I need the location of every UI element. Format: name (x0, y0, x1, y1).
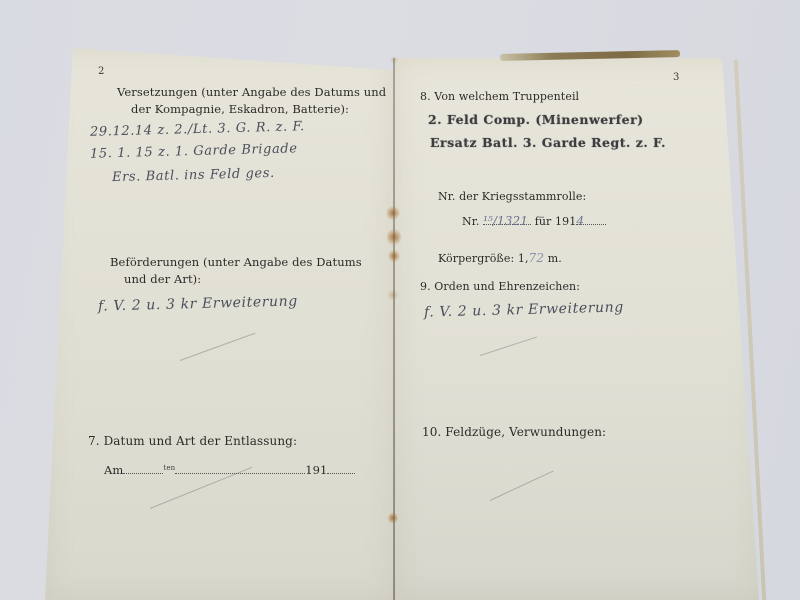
decorations-label: 9. Orden und Ehrenzeichen: (420, 280, 580, 293)
transfers-label: Versetzungen (unter Angabe des Datums un… (117, 85, 386, 99)
war-roll-nr-label: Nr. (462, 215, 479, 228)
transfers-label-cont: der Kompagnie, Eskadron, Batterie): (131, 102, 349, 116)
rust-stain (387, 228, 401, 246)
rust-stain (390, 56, 398, 64)
discharge-label: 7. Datum und Art der Entlassung: (88, 434, 297, 448)
height-line: Körpergröße: 1,72 m. (438, 251, 562, 265)
page-number-right: 3 (673, 72, 679, 83)
discharge-ten: ten (163, 464, 175, 472)
unit-stamp-line-2: Ersatz Batl. 3. Garde Regt. z. F. (430, 135, 666, 150)
rust-stain (386, 206, 400, 220)
rust-stain (388, 250, 400, 262)
page-number-left: 2 (98, 66, 104, 77)
height-label: Körpergröße: 1, (438, 252, 529, 265)
military-pass-booklet: 2 Versetzungen (unter Angabe des Datums … (0, 0, 800, 600)
war-roll-year-label: für 191 (535, 215, 577, 228)
war-roll-label: Nr. der Kriegsstammrolle: (438, 190, 586, 203)
campaigns-label: 10. Feldzüge, Verwundungen: (422, 425, 606, 439)
height-value: 72 (529, 251, 544, 265)
height-unit: m. (548, 252, 562, 265)
unit-label: 8. Von welchem Truppenteil (420, 90, 579, 103)
promotions-label-cont: und der Art): (124, 272, 201, 286)
discharge-am: Am (104, 463, 123, 477)
discharge-year-prefix: 191 (305, 463, 327, 477)
war-roll-number-line: Nr. ¹⁵/1321 für 1914 (462, 214, 606, 228)
rust-stain (387, 290, 399, 300)
unit-stamp-line-1: 2. Feld Comp. (Minenwerfer) (428, 112, 644, 127)
promotions-label: Beförderungen (unter Angabe des Datums (110, 255, 362, 269)
rust-stain (388, 512, 398, 524)
war-roll-nr-value: ¹⁵/1321 (483, 214, 531, 225)
war-roll-year-digit: 4 (576, 214, 606, 225)
